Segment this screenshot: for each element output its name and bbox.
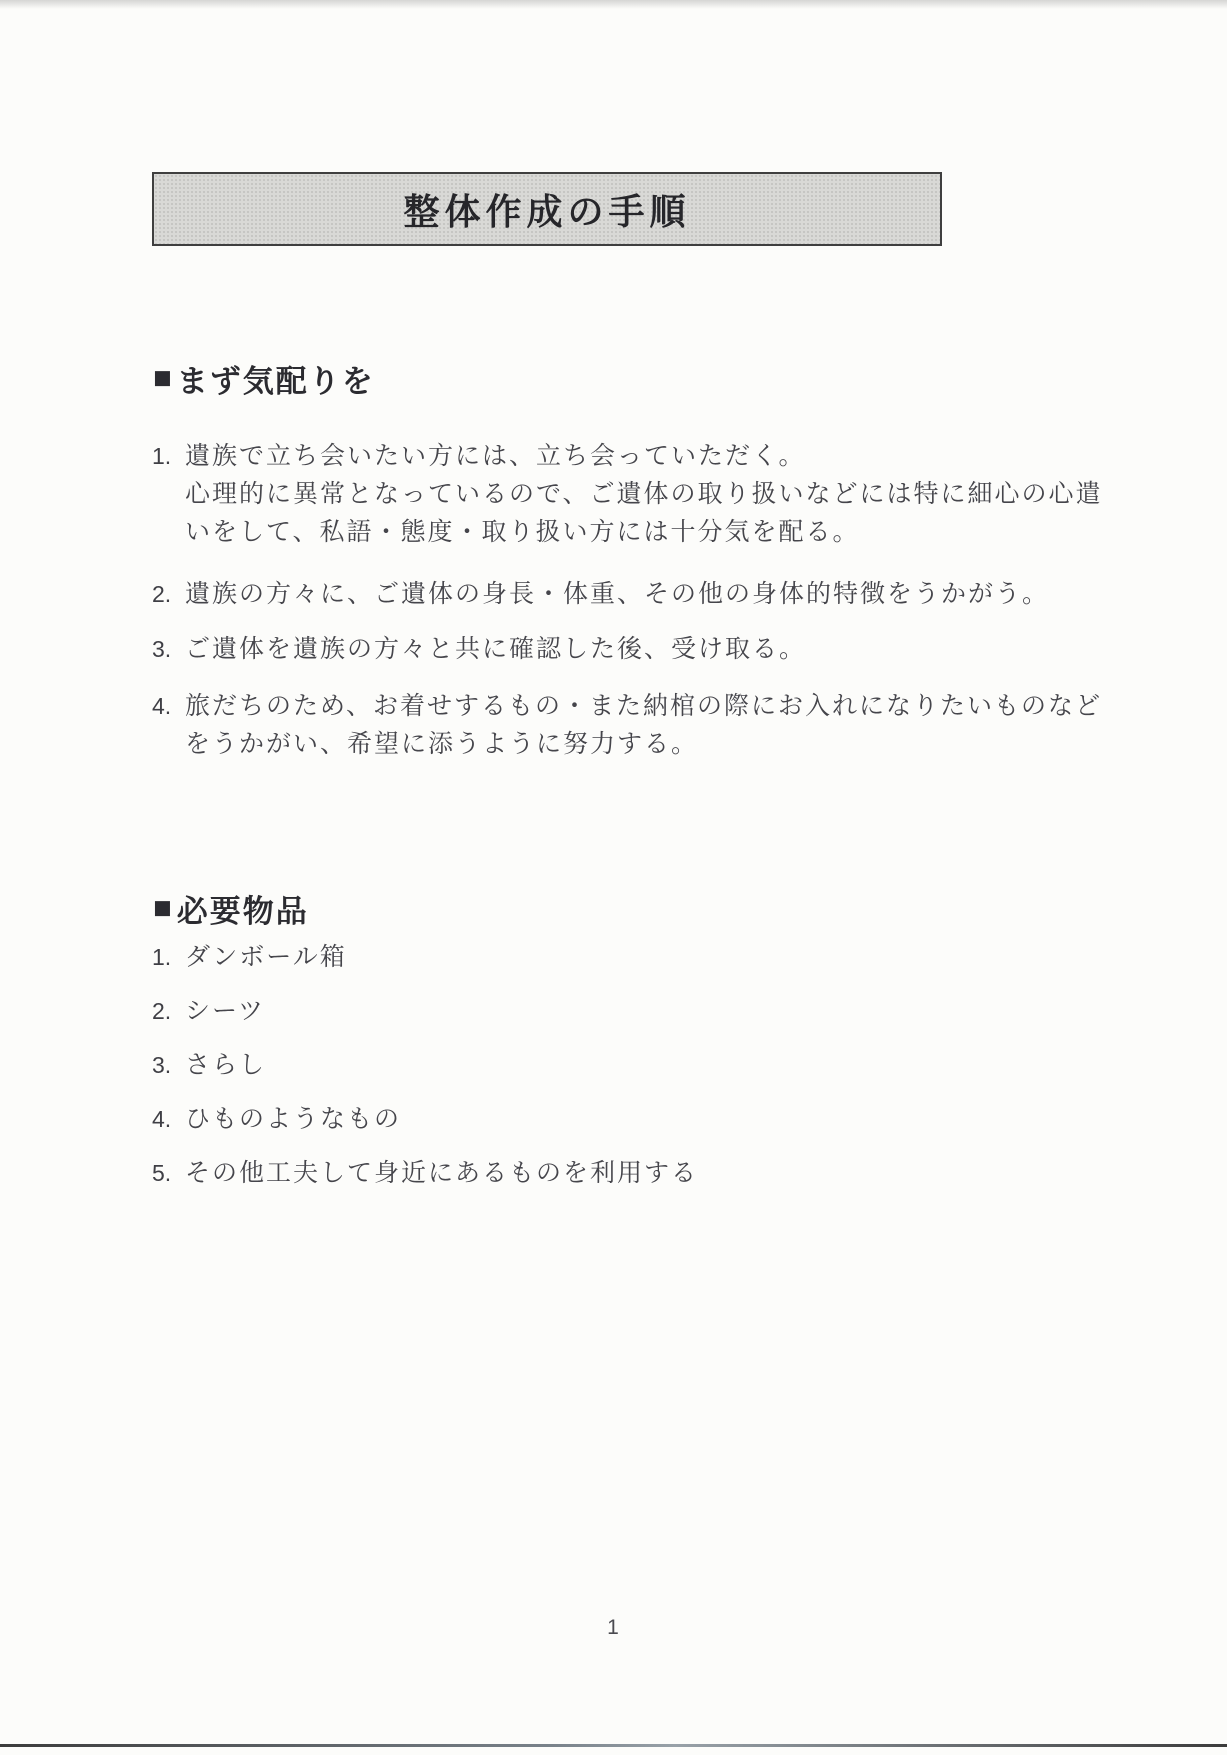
numbered-list-care: 1. 遺族で立ち会いたい方には、立ち会っていただく。 心理的に異常となっているの… <box>152 437 1172 780</box>
item-text: 遺族で立ち会いたい方には、立ち会っていただく。 心理的に異常となっているので、ご… <box>185 437 1103 551</box>
list-item: 2. 遺族の方々に、ご遺体の身長・体重、その他の身体的特徴をうかがう。 <box>152 575 1172 613</box>
item-text-line: その他工夫して身近にあるものを利用する <box>185 1154 698 1192</box>
item-text: さらし <box>185 1046 266 1084</box>
list-item: 5. その他工夫して身近にあるものを利用する <box>152 1154 972 1192</box>
item-text-line: 遺族で立ち会いたい方には、立ち会っていただく。 <box>185 437 1103 475</box>
item-text: ご遺体を遺族の方々と共に確認した後、受け取る。 <box>185 630 806 668</box>
item-text-line: ご遺体を遺族の方々と共に確認した後、受け取る。 <box>185 630 806 668</box>
list-item: 4. ひものようなもの <box>152 1100 972 1138</box>
item-text-line: 心理的に異常となっているので、ご遺体の取り扱いなどには特に細心の心遣 <box>185 475 1103 513</box>
page-title: 整体作成の手順 <box>403 184 690 235</box>
item-text: ダンボール箱 <box>185 938 347 976</box>
page-number: 1 <box>0 1616 1227 1640</box>
list-item: 3. ご遺体を遺族の方々と共に確認した後、受け取る。 <box>152 630 1172 668</box>
item-text-line: 遺族の方々に、ご遺体の身長・体重、その他の身体的特徴をうかがう。 <box>185 575 1049 613</box>
title-box: 整体作成の手順 <box>152 172 942 246</box>
list-item: 2. シーツ <box>152 992 972 1030</box>
section-heading-hitsuyoubuppin: ■ 必要物品 <box>153 886 309 931</box>
square-bullet-icon: ■ <box>153 890 174 926</box>
item-number: 4. <box>152 1100 185 1138</box>
item-text: ひものようなもの <box>185 1100 401 1138</box>
list-item: 4. 旅だちのため、お着せするもの・また納棺の際にお入れになりたいものなど をう… <box>152 687 1172 763</box>
item-number: 3. <box>152 630 185 668</box>
item-number: 3. <box>152 1046 185 1084</box>
item-text-line: ダンボール箱 <box>185 938 347 976</box>
item-text-line: さらし <box>185 1046 266 1084</box>
item-text: その他工夫して身近にあるものを利用する <box>185 1154 698 1192</box>
scan-bottom-edge-line <box>0 1744 1227 1747</box>
item-number: 1. <box>152 938 185 976</box>
item-text-line: ひものようなもの <box>185 1100 401 1138</box>
item-number: 2. <box>152 992 185 1030</box>
item-text-line: シーツ <box>185 992 265 1030</box>
item-text: 遺族の方々に、ご遺体の身長・体重、その他の身体的特徴をうかがう。 <box>185 575 1049 613</box>
item-number: 4. <box>152 687 185 763</box>
section-heading-kikubari: ■ まず気配りを <box>153 356 375 401</box>
item-text-line: 旅だちのため、お着せするもの・また納棺の際にお入れになりたいものなど <box>185 687 1102 725</box>
item-text-line: いをして、私語・態度・取り扱い方には十分気を配る。 <box>185 513 1103 551</box>
item-text: シーツ <box>185 992 265 1030</box>
numbered-list-supplies: 1. ダンボール箱 2. シーツ 3. さらし 4. ひものようなもの 5. そ… <box>152 938 972 1208</box>
item-number: 2. <box>152 575 185 613</box>
section-heading-label: まず気配りを <box>177 356 375 401</box>
item-number: 1. <box>152 437 185 551</box>
list-item: 3. さらし <box>152 1046 972 1084</box>
item-text-line: をうかがい、希望に添うように努力する。 <box>185 725 1102 763</box>
section-heading-label: 必要物品 <box>177 886 309 931</box>
list-item: 1. 遺族で立ち会いたい方には、立ち会っていただく。 心理的に異常となっているの… <box>152 437 1172 551</box>
list-item: 1. ダンボール箱 <box>152 938 972 976</box>
scan-top-edge-shadow <box>0 0 1227 9</box>
item-text: 旅だちのため、お着せするもの・また納棺の際にお入れになりたいものなど をうかがい… <box>185 687 1102 763</box>
item-number: 5. <box>152 1154 185 1192</box>
square-bullet-icon: ■ <box>153 360 174 396</box>
